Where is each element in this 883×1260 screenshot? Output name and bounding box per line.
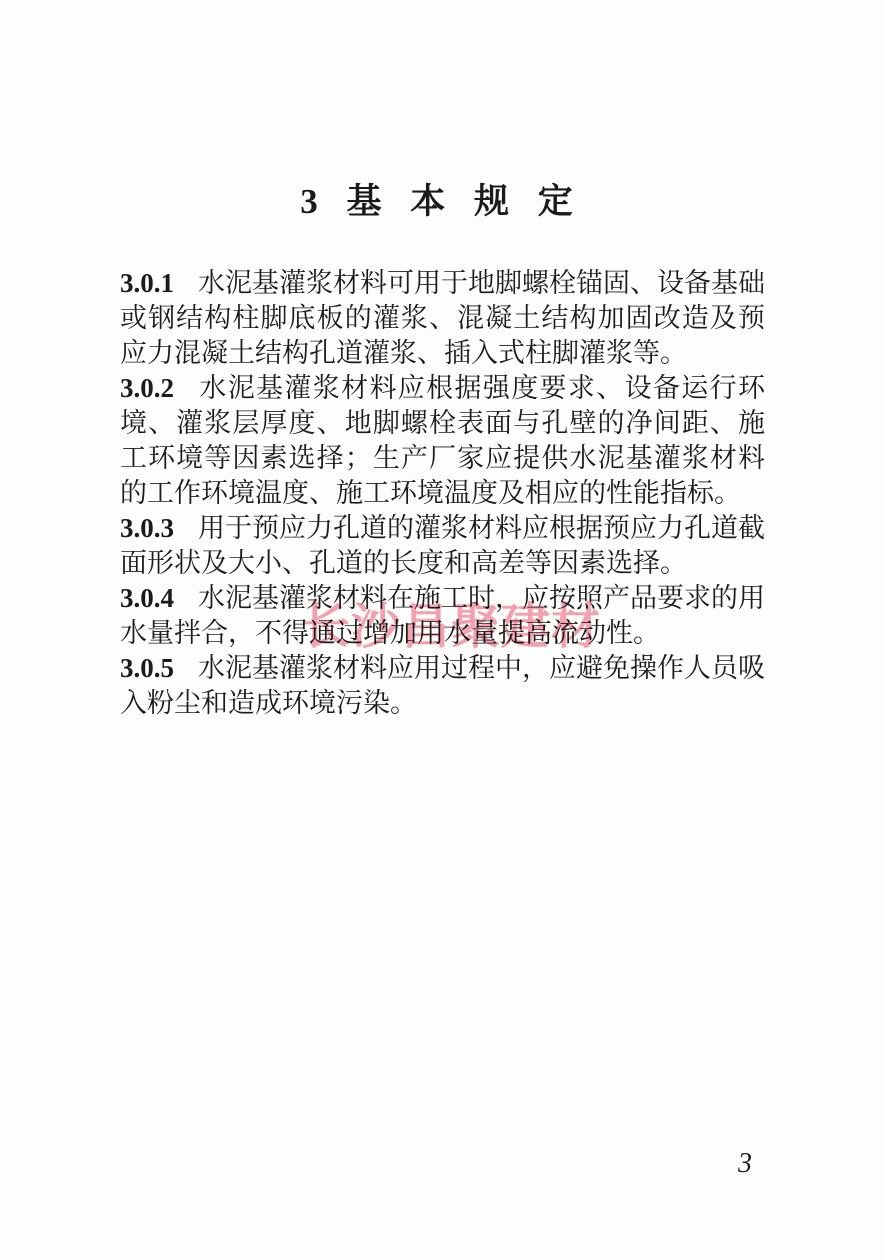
clause-3-0-3: 3.0.3用于预应力孔道的灌浆材料应根据预应力孔道截面形状及大小、孔道的长度和高… bbox=[120, 511, 765, 581]
clause-text: 水泥基灌浆材料应用过程中，应避免操作人员吸入粉尘和造成环境污染。 bbox=[120, 653, 765, 718]
clause-number: 3.0.3 bbox=[120, 513, 198, 543]
clause-3-0-5: 3.0.5水泥基灌浆材料应用过程中，应避免操作人员吸入粉尘和造成环境污染。 bbox=[120, 651, 765, 721]
clause-text: 水泥基灌浆材料应根据强度要求、设备运行环境、灌浆层厚度、地脚螺栓表面与孔壁的净间… bbox=[120, 373, 765, 508]
clause-number: 3.0.5 bbox=[120, 653, 198, 683]
clause-number: 3.0.2 bbox=[120, 373, 198, 403]
section-title: 3 基 本 规 定 bbox=[0, 174, 883, 224]
clause-text: 水泥基灌浆材料可用于地脚螺栓锚固、设备基础或钢结构柱脚底板的灌浆、混凝土结构加固… bbox=[120, 268, 765, 368]
clause-3-0-2: 3.0.2水泥基灌浆材料应根据强度要求、设备运行环境、灌浆层厚度、地脚螺栓表面与… bbox=[120, 371, 765, 511]
document-page: 3 基 本 规 定 3.0.1水泥基灌浆材料可用于地脚螺栓锚固、设备基础或钢结构… bbox=[0, 0, 883, 1260]
page-number: 3 bbox=[738, 1148, 752, 1180]
section-body: 3.0.1水泥基灌浆材料可用于地脚螺栓锚固、设备基础或钢结构柱脚底板的灌浆、混凝… bbox=[120, 266, 765, 721]
clause-text: 水泥基灌浆材料在施工时，应按照产品要求的用水量拌合，不得通过增加用水量提高流动性… bbox=[120, 583, 765, 648]
clause-3-0-4: 3.0.4水泥基灌浆材料在施工时，应按照产品要求的用水量拌合，不得通过增加用水量… bbox=[120, 581, 765, 651]
clause-number: 3.0.4 bbox=[120, 583, 198, 613]
clause-number: 3.0.1 bbox=[120, 268, 198, 298]
clause-text: 用于预应力孔道的灌浆材料应根据预应力孔道截面形状及大小、孔道的长度和高差等因素选… bbox=[120, 513, 765, 578]
clause-3-0-1: 3.0.1水泥基灌浆材料可用于地脚螺栓锚固、设备基础或钢结构柱脚底板的灌浆、混凝… bbox=[120, 266, 765, 371]
